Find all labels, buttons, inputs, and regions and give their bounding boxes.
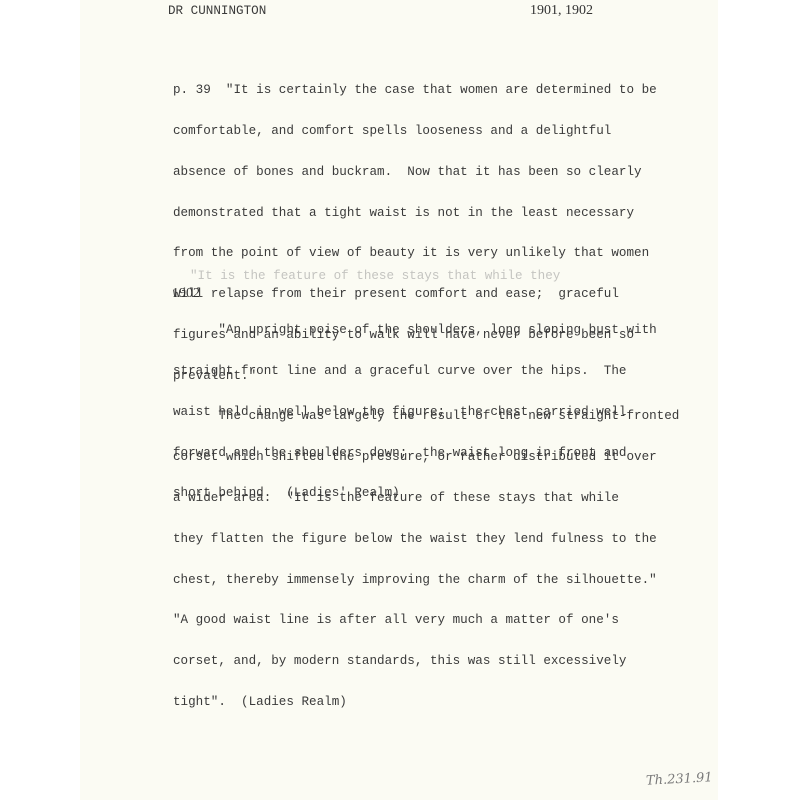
text-line: absence of bones and buckram. Now that i… [173, 166, 679, 180]
text-line: "An upright poise of the shoulders, long… [173, 324, 657, 338]
text-line: comfortable, and comfort spells loosenes… [173, 125, 679, 139]
text-line: corset, and, by modern standards, this w… [173, 655, 679, 669]
text-line: waist held in well below the figure; the… [173, 406, 657, 420]
text-line: p. 39 "It is certainly the case that wom… [173, 84, 679, 98]
text-line: tight". (Ladies Realm) [173, 696, 679, 710]
author-heading: DR CUNNINGTON [168, 5, 266, 19]
section-1902-text: "An upright poise of the shoulders, long… [173, 297, 657, 528]
text-line: chest, thereby immensely improving the c… [173, 574, 679, 588]
typewritten-page: DR CUNNINGTON 1901, 1902 p. 39 "It is ce… [80, 0, 718, 800]
faded-offset-text: "It is the feature of these stays that w… [190, 270, 560, 284]
text-line: straight front line and a graceful curve… [173, 365, 657, 379]
handwritten-catalog-number: Th.231.91 [646, 770, 713, 788]
text-line: from the point of view of beauty it is v… [173, 247, 679, 261]
text-line: forward and the shoulders down; the wais… [173, 447, 657, 461]
text-line: short behind. (Ladies' Realm) [173, 487, 657, 501]
text-line: demonstrated that a tight waist is not i… [173, 207, 679, 221]
date-heading: 1901, 1902 [530, 4, 593, 18]
text-line: "A good waist line is after all very muc… [173, 614, 679, 628]
text-line: they flatten the figure below the waist … [173, 533, 679, 547]
